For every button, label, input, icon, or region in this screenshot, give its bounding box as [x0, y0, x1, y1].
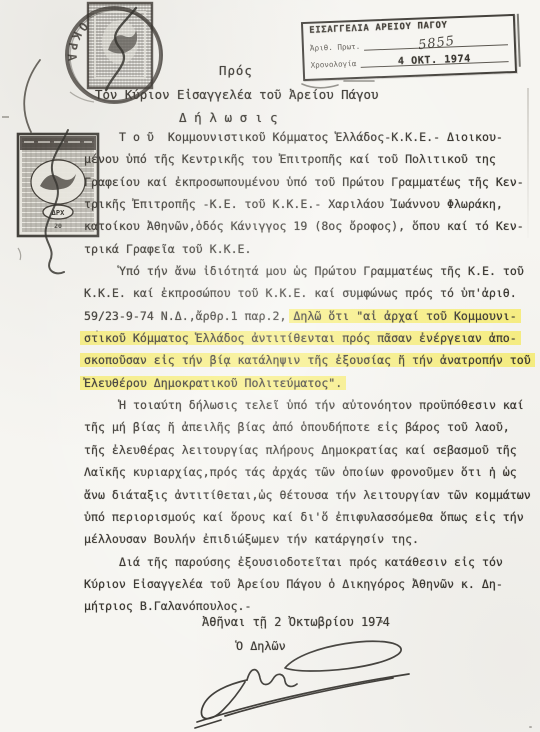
- text-line: Ἐλευθέρου Δημοκρατικοῦ Πολιτεύματος".: [84, 372, 540, 394]
- text-line: τῆς μή βίας ἤ ἀπειλῆς βίας ἀπό ὁπουδήποτ…: [84, 416, 540, 438]
- ink-speck: [529, 726, 532, 728]
- recipient-line: Τόν Κύριον Εἰσαγγελέα τοῦ Ἀρείου Πάγου: [95, 87, 378, 102]
- text-line: κατοίκου Ἀθηνῶν,ὁδός Κάνιγγος 19 (8ος ὄρ…: [84, 215, 540, 237]
- place-date-line: Ἀθῆναι τῇ 2 Ὀκτωβρίου 1974: [202, 615, 390, 629]
- text-line: Κύριον Εἰσαγγελέα τοῦ Ἀρείου Πάγου ὁ Δικ…: [84, 573, 540, 595]
- ink-speck: [379, 620, 383, 623]
- text-line: 59/23-9-74 Ν.Δ.,ἄρθρ.1 παρ.2, Δηλῶ ὅτι "…: [84, 305, 540, 327]
- scanned-document-page: ΟΚΡΑ ΔΡΧ 20 ΕΙΣΑΓΓΕΛΙΑ ΑΡΕΙΟΥ ΠΑΓΟΥ: [0, 0, 540, 732]
- edge-mark: [2, 116, 9, 118]
- page-crease: [527, 88, 529, 238]
- text-line: τρικῆς Ἐπιτροπῆς -Κ.Ε. τοῦ Κ.Κ.Ε.- Χαριλ…: [84, 193, 540, 215]
- text-line: Κ.Κ.Ε. καί ἐκπροσώπου τοῦ Κ.Κ.Ε. καί συμ…: [84, 282, 540, 304]
- seal-stamp: ΟΚΡΑ: [50, 0, 185, 122]
- ink-speck: [96, 330, 98, 332]
- text-line: Γραφείου καί ἐκπροσωπουμένου ὑπό τοῦ Πρώ…: [84, 171, 540, 193]
- text-line: σκοποῦσαν εἰς τήν βίᾳ κατάληψιν τῆς ἐξου…: [84, 349, 540, 371]
- salutation: Πρός: [219, 63, 253, 78]
- date-stamp-value: 4 ΟΚΤ. 1974: [398, 54, 471, 67]
- date-label: Χρονολογία: [310, 59, 356, 70]
- text-line: τρικά Γραφεῖα τοῦ Κ.Κ.Ε.: [84, 238, 540, 260]
- text-line: ἄνω διάταξις ἀντιτίθεται,ὡς θέτουσα τήν …: [84, 484, 540, 506]
- text-line: μένου ὑπό τῆς Κεντρικῆς του Ἐπιτροπῆς κα…: [84, 148, 540, 170]
- highlighted-text: στικοῦ Κόμματος Ἑλλάδος ἀντιτίθενται πρό…: [84, 331, 517, 345]
- text-line: Διά τῆς παρούσης ἐξουσιοδοτεῖται πρός κα…: [84, 551, 540, 573]
- text-line: ὑπό περιορισμούς καί ὅρους καί δι'ὅ ἐπιφ…: [84, 506, 540, 528]
- highlighted-text: Ἐλευθέρου Δημοκρατικοῦ Πολιτεύματος".: [84, 376, 342, 390]
- signature: [195, 632, 430, 728]
- document-title: Δ ή λ ω σ ι ς: [179, 110, 278, 125]
- drachma-denomination: 20: [54, 222, 62, 230]
- text-line: Ὑπό τήν ἄνω ἰδιότητά μου ὡς Πρώτου Γραμμ…: [84, 260, 540, 282]
- protocol-number-label: Ἀριθ. Πρωτ.: [310, 42, 361, 53]
- pen-paren-mark: [16, 56, 46, 136]
- text-line: τῆς ἐλευθέρας λειτουργίας πλήρους Δημοκρ…: [84, 439, 540, 461]
- highlighted-text: Δηλῶ ὅτι "αἱ ἀρχαί τοῦ Κομμουνι-: [293, 309, 516, 323]
- highlighted-text: σκοποῦσαν εἰς τήν βίᾳ κατάληψιν τῆς ἐξου…: [84, 353, 531, 367]
- text-line: μέλλουσαν Βουλήν ἐπιδιώξωμεν τήν κατάργη…: [84, 528, 540, 550]
- text-line: στικοῦ Κόμματος Ἑλλάδος ἀντιτίθενται πρό…: [84, 327, 540, 349]
- text-line: Τ ο ῦ Κομμουνιστικοῦ Κόμματος Ἑλλάδος-Κ.…: [84, 126, 540, 148]
- document-body: Τ ο ῦ Κομμουνιστικοῦ Κόμματος Ἑλλάδος-Κ.…: [84, 126, 540, 618]
- text-line: Ἡ τοιαύτη δήλωσις τελεῖ ὑπό τήν αὐτονόητ…: [84, 394, 540, 416]
- text-line: Λαϊκῆς κυριαρχίας,πρός τάς ἀρχάς τῶν ὁπο…: [84, 461, 540, 483]
